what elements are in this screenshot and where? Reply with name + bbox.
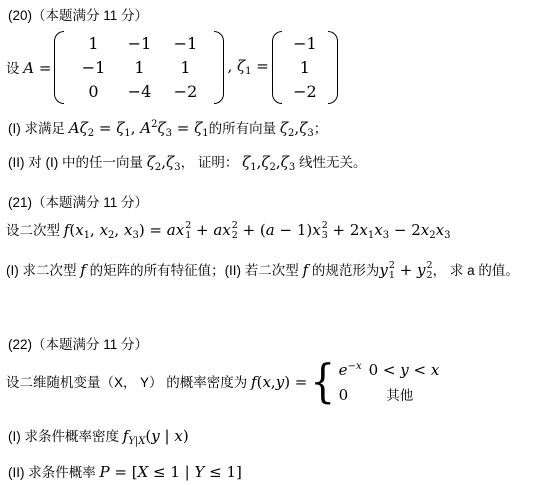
text-segment: 0 [339,386,349,404]
text-segment: 的所有向量 [209,121,280,136]
text-segment: ， 证明： [181,155,243,170]
vector-zeta1-cells: −1 1 −2 [282,31,328,104]
text-segment: x [421,221,429,239]
text-segment: + 2 [328,221,360,239]
text-segment: ) [183,427,189,445]
text-segment: a [266,221,275,239]
text-segment: y21 [379,260,395,280]
text-segment: = [252,57,269,75]
text-segment: (II) 对 (I) 中的任一向量 [8,155,147,170]
density-prefix: 设二维随机变量（X， Y） 的概率密度为 f(x,y) = [6,371,307,391]
matrix-cell: −1 [128,35,152,52]
text-segment: < [409,361,431,379]
piecewise-case-2: 0其他 [339,385,440,406]
matrix-cell: 0 [88,83,98,100]
text-segment: − 1) [275,221,313,239]
matrix-equation-prefix: 设 A = [6,57,51,77]
right-paren [214,31,224,104]
text-segment: ζ [281,153,289,171]
text-segment: A [23,59,34,77]
text-segment: A [140,119,151,137]
matrix-cell: −1 [174,35,198,52]
text-segment: , [131,119,141,137]
text-segment: x [436,221,444,239]
exam-page: (20)（本题满分 11 分） 设 A = 1 −1 −1 −1 1 1 0 −… [0,0,547,485]
text-segment: | [160,427,175,445]
vector-cell: 1 [300,59,310,76]
text-segment: 的规范形为 [308,263,379,278]
text-segment: x [262,373,270,391]
question-21-formula: 设二次型 f(x1, x2, x3) = ax21 + ax22 + (a − … [6,220,450,246]
text-segment: = [172,119,194,137]
text-segment: (II) 求条件概率 [8,465,100,480]
text-segment: 设二维随机变量（X， Y） 的概率密度为 [6,375,251,390]
text-segment: 其他 [386,388,413,403]
matrix-cell: −2 [174,83,198,100]
text-segment: e [339,361,348,379]
text-segment: Y [195,463,205,481]
text-segment: y [151,427,159,445]
text-segment: + [191,221,213,239]
vector-cell: −1 [293,35,317,52]
question-22-header: (22)（本题满分 11 分） [8,335,148,355]
text-segment: x [374,221,382,239]
text-segment: ≤ 1 | [148,463,194,481]
text-segment: y [400,361,408,379]
text-segment: a [167,221,176,239]
text-segment: − 2 [389,221,421,239]
question-20-item-2: (II) 对 (I) 中的任一向量 ζ2,ζ3， 证明： ζ1,ζ2,ζ3 线性… [8,152,366,178]
left-paren [54,31,64,104]
text-segment: x [75,221,83,239]
piecewise-cases: e−x0 < y < x 0其他 [339,357,440,406]
text-segment: (I) 求二次型 [6,263,80,278]
text-segment: y22 [417,260,433,280]
matrix-equation-mid: , ζ1 = [227,57,268,77]
text-segment: x22 [222,220,238,240]
text-segment: (I) 求满足 [8,121,69,136]
text-segment: X [138,463,149,481]
text-segment: P [100,463,110,481]
text-segment: −x [348,361,362,372]
question-22-item-1: (I) 求条件概率密度 fY|X(y | x) [8,426,189,452]
text-segment: , [90,221,100,239]
text-segment: ， 求 a 的值。 [433,263,519,278]
text-segment: 的矩阵的所有特征值；(II) 若二次型 [86,263,303,278]
text-segment: ζ [242,153,250,171]
text-segment: + [395,261,417,279]
question-21-header: (21)（本题满分 11 分） [8,193,148,213]
text-segment: y [276,373,284,391]
text-segment: ζ [147,153,155,171]
text-segment: Y|X [128,436,145,447]
text-segment: 0 < [369,361,401,379]
text-segment: 设二次型 [6,223,64,238]
text-segment: = [34,59,51,77]
text-segment: (I) 求条件概率密度 [8,429,123,444]
text-segment: 设 [6,61,23,76]
text-segment: + ( [238,221,266,239]
matrix-cell: 1 [134,59,144,76]
text-segment: A [69,119,80,137]
text-segment: ≤ 1] [204,463,242,481]
text-segment: x [359,221,367,239]
text-segment: x23 [312,220,328,240]
text-segment: x [174,427,182,445]
matrix-cell: 1 [88,35,98,52]
text-segment: ) = [284,373,307,391]
matrix-cell: 1 [180,59,190,76]
left-brace: { [311,358,336,404]
piecewise-case-1: e−x0 < y < x [339,357,440,380]
text-segment: x21 [176,220,192,240]
matrix-a-cells: 1 −1 −1 −1 1 1 0 −4 −2 [64,31,214,104]
text-segment: a [213,221,222,239]
text-segment: ； [314,121,328,136]
text-segment: 线性无关。 [295,155,366,170]
text-segment: x [100,221,108,239]
matrix-a: 1 −1 −1 −1 1 1 0 −4 −2 [54,31,224,104]
text-segment: ζ [166,153,174,171]
question-21-items: (I) 求二次型 f 的矩阵的所有特征值；(II) 若二次型 f 的规范形为y2… [6,260,519,281]
left-paren [272,31,282,104]
text-segment: 3 [444,230,450,241]
vector-zeta1: −1 1 −2 [272,31,338,104]
text-segment: = [94,119,116,137]
question-20-matrix-equation: 设 A = 1 −1 −1 −1 1 1 0 −4 −2 , ζ1 = −1 1 [6,30,341,104]
text-segment: ζ [261,153,269,171]
matrix-cell: −4 [128,83,152,100]
text-segment: = [ [110,463,138,481]
question-20-item-1: (I) 求满足 Aζ2 = ζ1, A2ζ3 = ζ1的所有向量 ζ2,ζ3； [8,115,327,144]
text-segment: , [114,221,124,239]
text-segment: ζ [280,119,288,137]
text-segment: ) = [139,221,167,239]
question-20-header: (20)（本题满分 11 分） [8,6,148,26]
text-segment: ζ [80,119,88,137]
text-segment: x [431,361,439,379]
matrix-cell: −1 [82,59,106,76]
question-22-item-2: (II) 求条件概率 P = [X ≤ 1 | Y ≤ 1] [8,462,242,483]
question-22-density: 设二维随机变量（X， Y） 的概率密度为 f(x,y) = { e−x0 < y… [6,356,439,406]
vector-cell: −2 [293,83,317,100]
right-paren [328,31,338,104]
text-segment: ζ [158,119,166,137]
text-segment: ζ [237,57,245,75]
text-segment: , [227,57,237,75]
